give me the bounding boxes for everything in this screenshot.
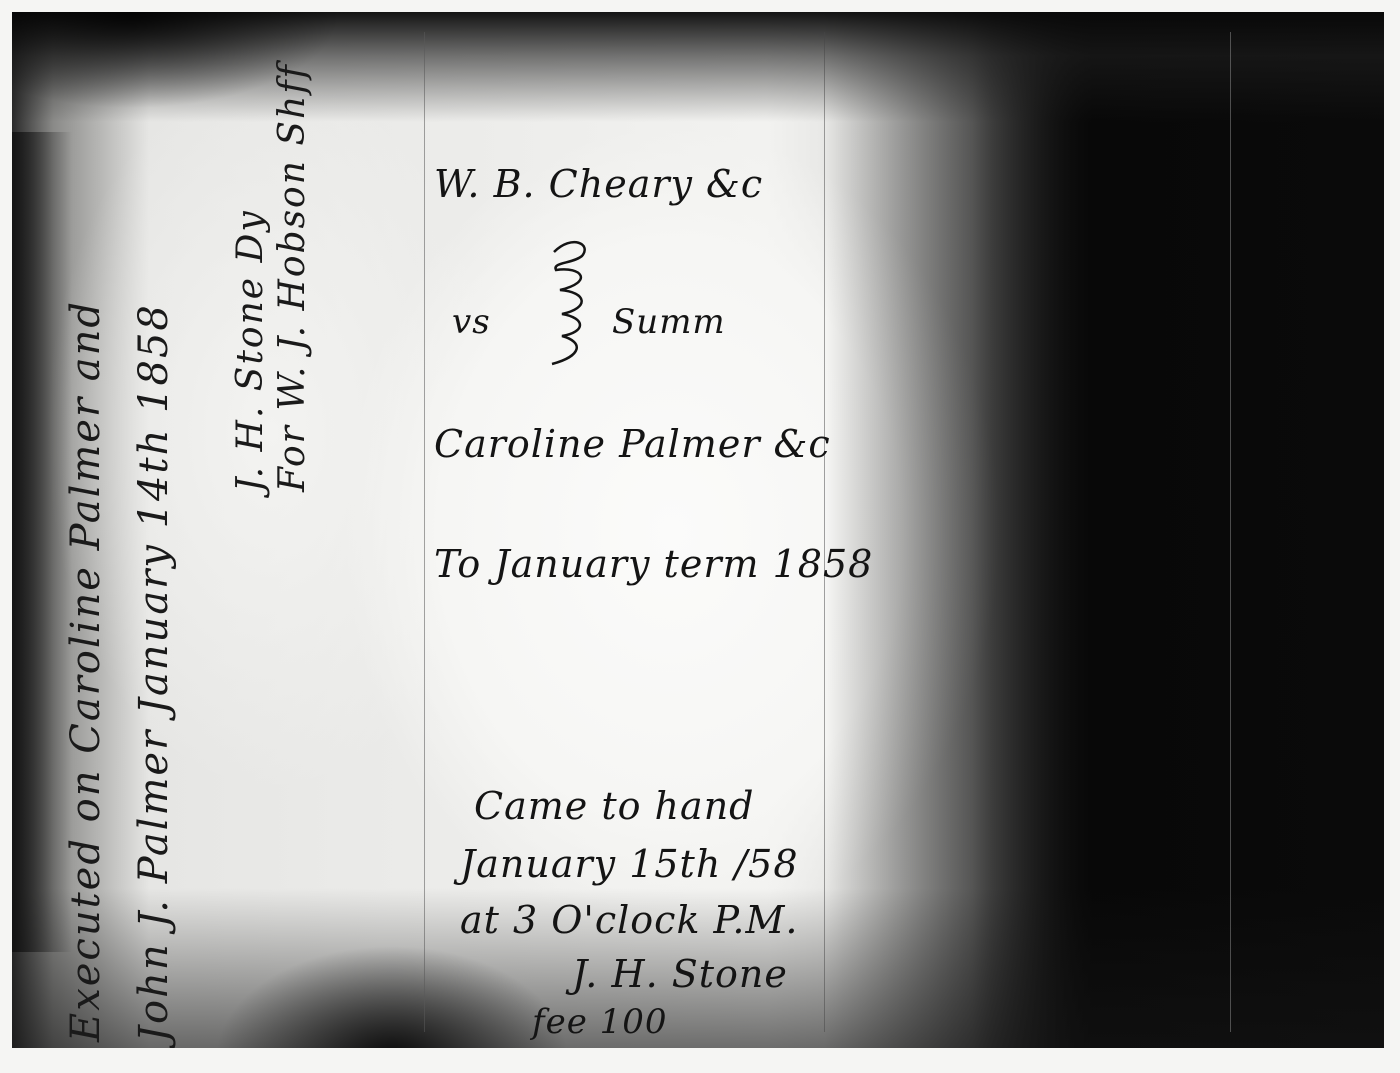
document-sheet: Executed on Caroline Palmer and John J. … xyxy=(12,12,1384,1048)
receipt-signature: J. H. Stone xyxy=(572,952,788,996)
scan-frame: Executed on Caroline Palmer and John J. … xyxy=(0,0,1400,1073)
plaintiff-name: W. B. Cheary &c xyxy=(434,162,763,206)
return-term: To January term 1858 xyxy=(434,542,873,586)
writ-type: Summ xyxy=(612,302,726,342)
return-endorsement: Executed on Caroline Palmer and John J. … xyxy=(52,300,188,1042)
flourish-scroll-icon xyxy=(542,234,602,374)
return-signature-line-1: J. H. Stone Dy xyxy=(230,63,272,492)
versus-label: vs xyxy=(452,302,491,342)
return-signature-line-2: For W. J. Hobson Shff xyxy=(272,63,314,492)
return-signature: J. H. Stone Dy For W. J. Hobson Shff xyxy=(230,63,314,492)
fold-line-right xyxy=(1230,32,1231,1032)
scan-shadow-top-left xyxy=(12,12,432,152)
fold-line-middle xyxy=(824,32,825,1032)
receipt-fee: fee 100 xyxy=(532,1002,668,1042)
fold-line-left xyxy=(424,32,425,1032)
return-line-1: Executed on Caroline Palmer and xyxy=(52,300,120,1042)
return-line-2: John J. Palmer January 14th 1858 xyxy=(120,300,188,1042)
receipt-line-3: at 3 O'clock P.M. xyxy=(460,898,799,942)
receipt-line-2: January 15th /58 xyxy=(460,842,799,886)
receipt-line-1: Came to hand xyxy=(474,784,755,828)
defendant-name: Caroline Palmer &c xyxy=(434,422,831,466)
